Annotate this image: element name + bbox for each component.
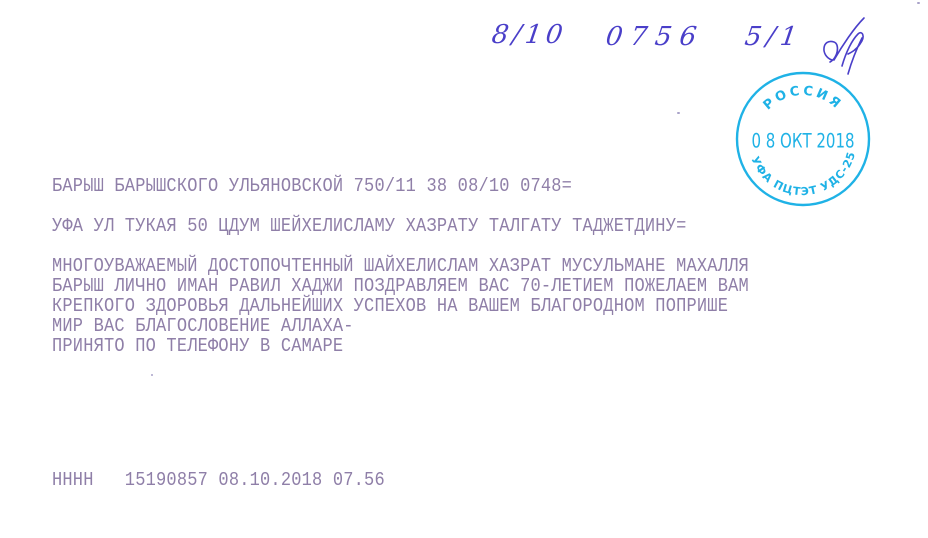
stamp-country: РОССИЯ: [761, 84, 846, 114]
ink-speck: [151, 374, 153, 376]
handwritten-date: 8/10: [490, 20, 569, 50]
telegram-page: 8/10 0756 5/1 РОССИЯ 0 8 ОКТ 2018 УФА ПЦ…: [0, 0, 928, 538]
postal-stamp: РОССИЯ 0 8 ОКТ 2018 УФА ПЦТЭТ УДС-25: [732, 68, 874, 210]
ink-speck: [917, 2, 920, 4]
svg-text:РОССИЯ: РОССИЯ: [761, 84, 846, 114]
telegram-footer: НННН 15190857 08.10.2018 07.56: [52, 470, 385, 493]
telegram-body-line: ПРИНЯТО ПО ТЕЛЕФОНУ В САМАРЕ: [52, 336, 343, 359]
handwritten-number: 5/1: [743, 22, 804, 52]
stamp-date: 0 8 ОКТ 2018: [751, 130, 854, 152]
telegram-header: БАРЫШ БАРЫШСКОГО УЛЬЯНОВСКОЙ 750/11 38 0…: [52, 176, 572, 199]
handwritten-time: 0756: [604, 22, 706, 52]
telegram-address: УФА УЛ ТУКАЯ 50 ЦДУМ ШЕЙХЕЛИСЛАМУ ХАЗРАТ…: [52, 216, 687, 239]
signature-icon: [812, 16, 882, 76]
ink-speck: [677, 112, 680, 114]
